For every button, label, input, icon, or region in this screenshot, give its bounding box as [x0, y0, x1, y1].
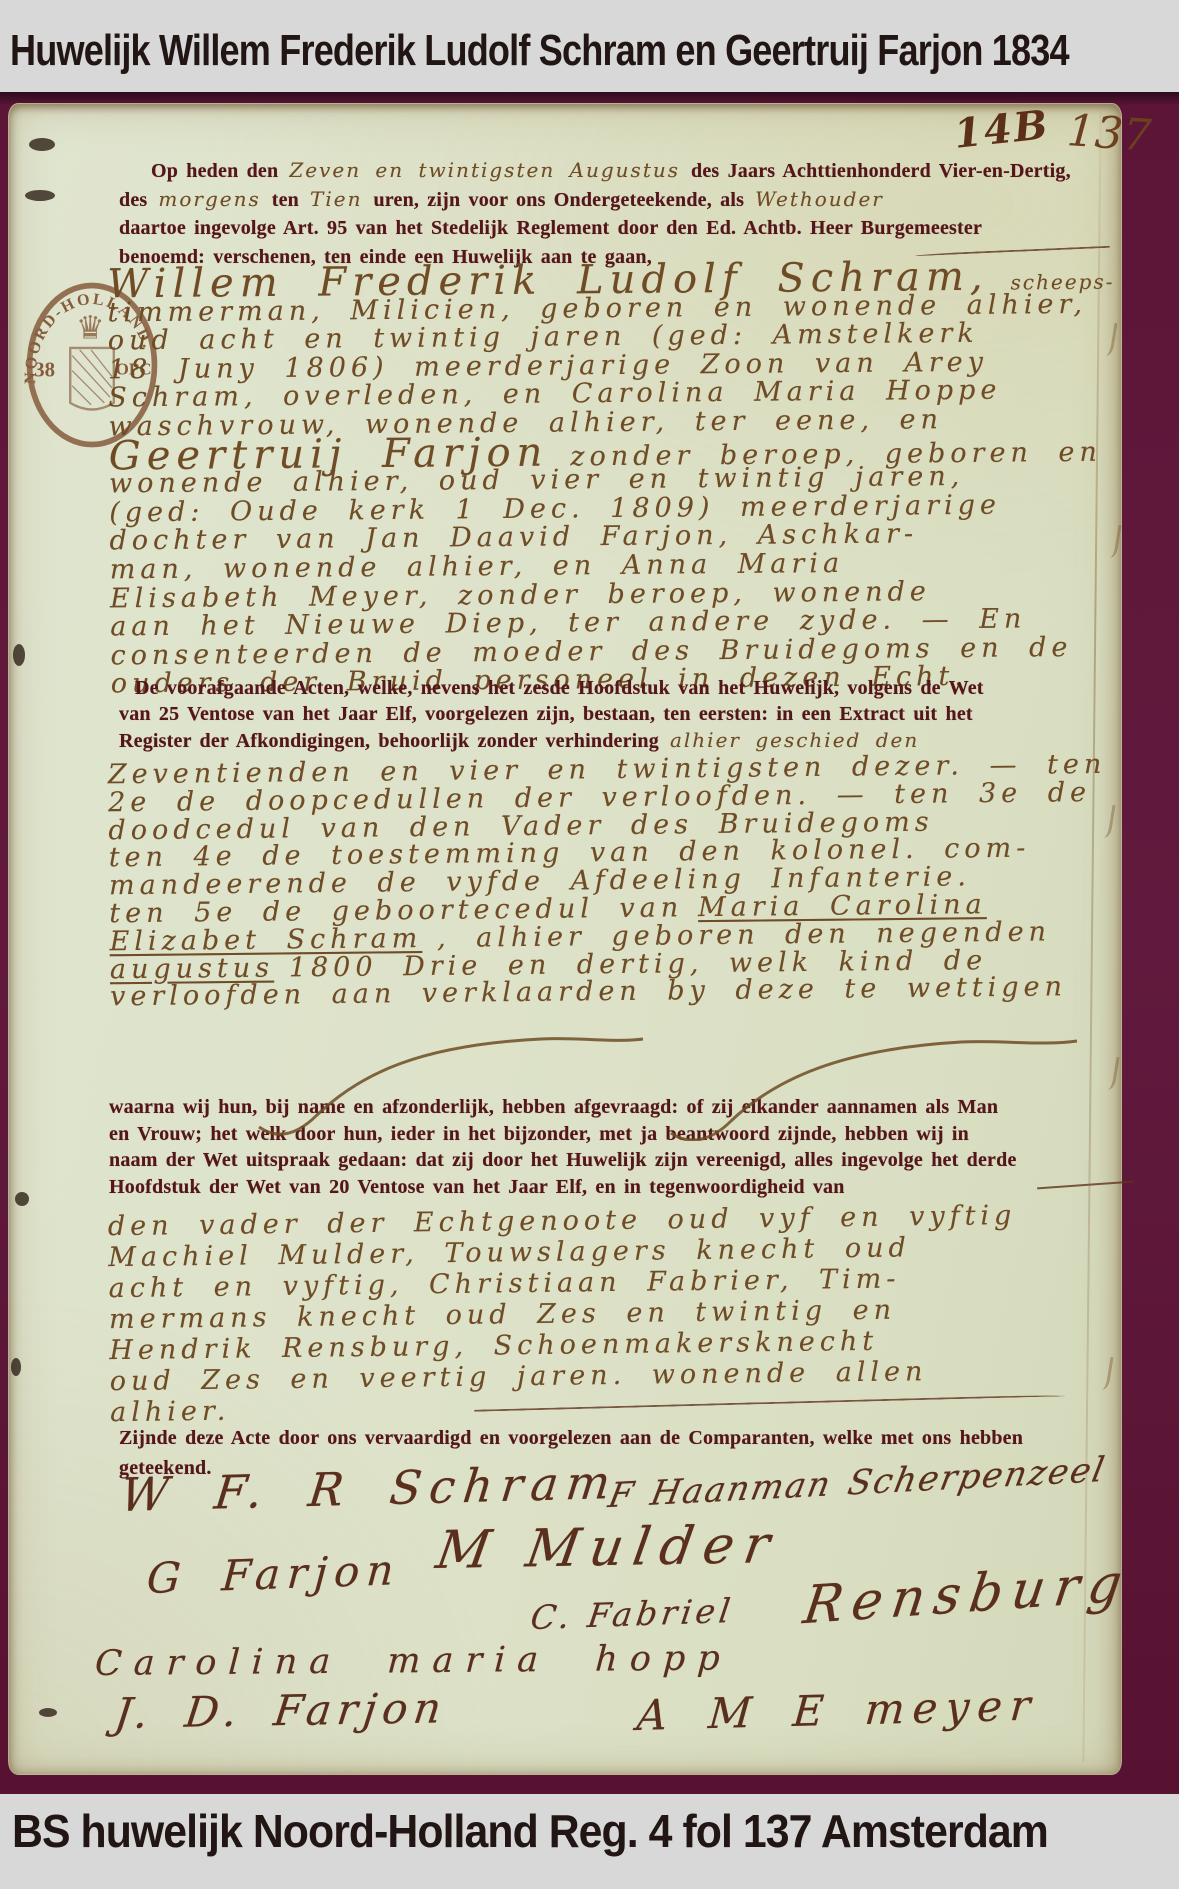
text-line: daartoe ingevolge Art. 95 van het Stedel…: [119, 214, 1129, 243]
text-segment: Register der Afkondigingen, behoorlijk z…: [119, 729, 659, 754]
text-segment: des Jaars Achttienhonderd Vier-en-Dertig…: [691, 157, 1071, 185]
text-line: van 25 Ventose van het Jaar Elf, voorgel…: [119, 702, 1129, 728]
margin-bleed-mark: [1100, 1055, 1119, 1091]
ink-blot: [29, 138, 55, 151]
text-segment: augustus: [110, 954, 274, 983]
text-segment: morgens: [158, 185, 260, 213]
sig-c-fabriel: C. Fabriel: [528, 1591, 736, 1637]
sig-m-mulder: M Mulder: [432, 1515, 784, 1581]
header-caption-bar: Huwelijk Willem Frederik Ludolf Schram e…: [0, 0, 1179, 92]
text-line: desmorgenstenTienuren, zijn voor ons Ond…: [119, 185, 1129, 214]
handwritten-groom-bride-details: Willem Frederik Ludolf Schram,scheeps-ti…: [107, 262, 1121, 700]
text-line: De voorafgaande Acten, welke, nevens het…: [135, 676, 1129, 702]
text-line: Hoofdstuk der Wet van 20 Ventose van het…: [109, 1174, 1119, 1201]
stamp-crown-icon: ♛: [76, 308, 105, 346]
sig-g-farjon: G Farjon: [145, 1545, 402, 1603]
text-line: Zijnde deze Acte door ons vervaardigd en…: [119, 1424, 1129, 1454]
text-segment: De voorafgaande Acten, welke, nevens het…: [135, 676, 984, 701]
text-segment: Op heden den: [151, 157, 278, 185]
pen-flourishes: [251, 1029, 1101, 1141]
text-segment: van 25 Ventose van het Jaar Elf, voorgel…: [119, 702, 973, 727]
stamp-left-text: 38: [34, 357, 55, 381]
handwritten-witnesses: den vader der Echtgenoote oud vyf en vyf…: [108, 1200, 1121, 1429]
sig-jd-farjon: J. D. Farjon: [112, 1683, 450, 1738]
text-segment: Zijnde deze Acte door ons vervaardigd en…: [119, 1424, 1023, 1452]
ink-blot: [15, 1192, 29, 1206]
text-line: naam der Wet uitspraak gedaan: dat zij d…: [109, 1147, 1119, 1174]
text-segment: ten: [272, 186, 299, 214]
text-segment: naam der Wet uitspraak gedaan: dat zij d…: [109, 1147, 1017, 1173]
text-segment: verloofden aan verklaarden by deze te we…: [110, 974, 1067, 1011]
text-segment: des: [119, 186, 147, 214]
footer-caption: BS huwelijk Noord-Holland Reg. 4 fol 137…: [12, 1804, 1048, 1858]
paper-page: 14B 137 NOORD-HOLLAND. 38 OPC ♛ Op heden…: [8, 103, 1122, 1775]
printed-paragraph-acten: De voorafgaande Acten, welke, nevens het…: [119, 676, 1129, 754]
text-segment: Tien: [310, 185, 362, 213]
ink-blot: [11, 1358, 21, 1376]
text-segment: Zeven en twintigsten Augustus: [289, 156, 680, 184]
sig-ame-meyer: A M E meyer: [635, 1680, 1040, 1740]
text-segment: Wethouder: [755, 185, 884, 213]
footer-caption-bar: BS huwelijk Noord-Holland Reg. 4 fol 137…: [0, 1794, 1179, 1889]
document-scan: 14B 137 NOORD-HOLLAND. 38 OPC ♛ Op heden…: [0, 92, 1179, 1794]
sig-carolina-hoppe: Carolina maria hopp: [94, 1638, 733, 1684]
folio-mark: 14B: [952, 101, 1052, 158]
ink-blot: [25, 190, 55, 201]
handwritten-documents-list: Zeventienden en vier en twintigsten deze…: [108, 751, 1121, 1012]
ink-blot: [13, 644, 25, 666]
text-segment: alhier geschied den: [670, 728, 919, 753]
ink-blot: [39, 1708, 57, 1717]
text-segment: daartoe ingevolge Art. 95 van het Stedel…: [119, 214, 982, 242]
header-title: Huwelijk Willem Frederik Ludolf Schram e…: [10, 26, 1069, 76]
folio-number: 137: [1065, 105, 1152, 162]
text-segment: uren, zijn voor ons Ondergeteekende, als: [373, 186, 744, 214]
text-segment: Hoofdstuk der Wet van 20 Ventose van het…: [109, 1174, 845, 1200]
text-line: Op heden denZeven en twintigsten Augustu…: [151, 156, 1129, 185]
